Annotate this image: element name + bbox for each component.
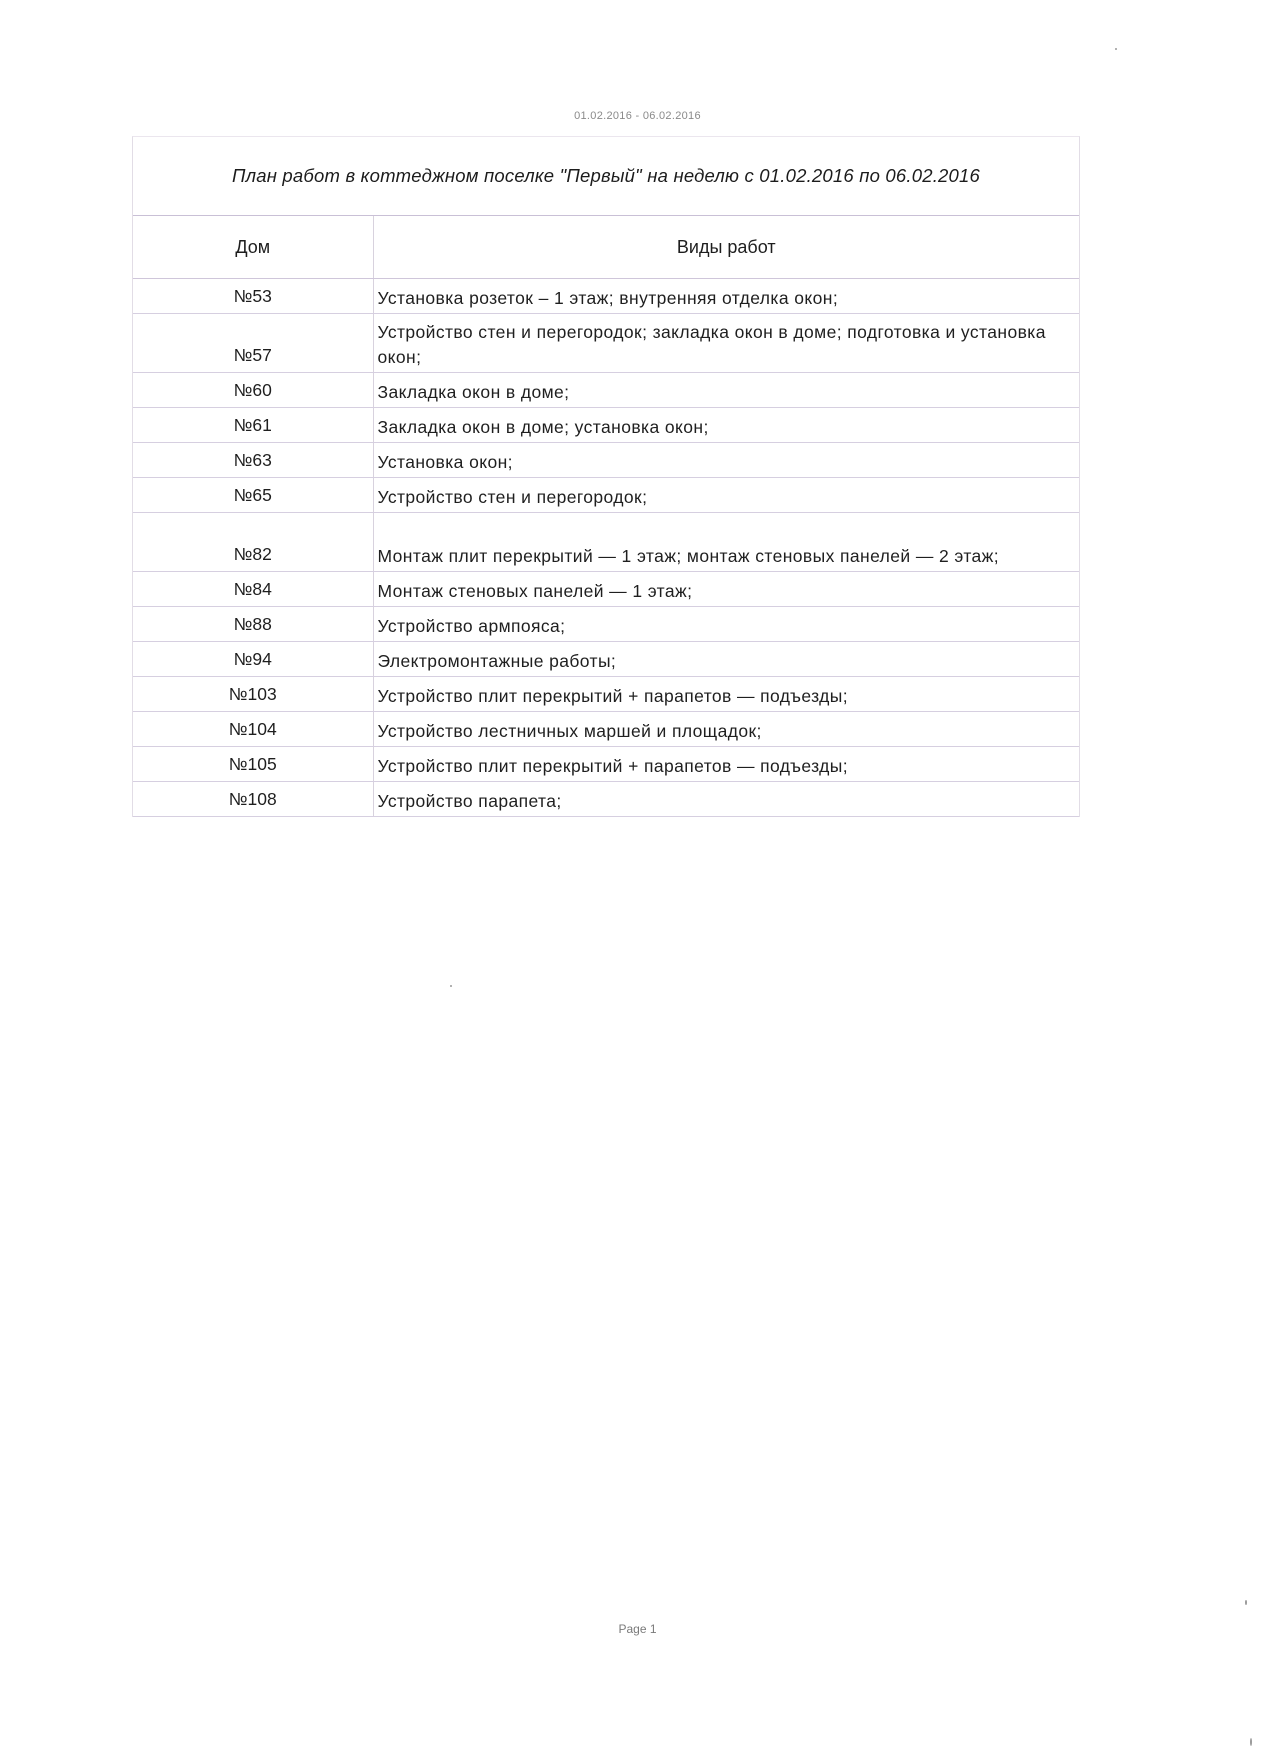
house-number-cell: №53 <box>133 279 373 314</box>
work-description-cell: Устройство лестничных маршей и площадок; <box>373 712 1079 747</box>
scan-speck <box>1250 1738 1252 1746</box>
work-plan-table-container: План работ в коттеджном поселке "Первый"… <box>132 136 1080 817</box>
work-description-cell: Устройство плит перекрытий + парапетов —… <box>373 677 1079 712</box>
work-description-cell: Установка окон; <box>373 443 1079 478</box>
document-title-row: План работ в коттеджном поселке "Первый"… <box>133 137 1079 216</box>
house-number-cell: №63 <box>133 443 373 478</box>
work-description-cell: Монтаж плит перекрытий — 1 этаж; монтаж … <box>373 513 1079 572</box>
table-row: №88Устройство армпояса; <box>133 607 1079 642</box>
work-description-cell: Устройство плит перекрытий + парапетов —… <box>373 747 1079 782</box>
work-description-cell: Закладка окон в доме; <box>373 373 1079 408</box>
page-header-date-range: 01.02.2016 - 06.02.2016 <box>0 110 1275 122</box>
house-number-cell: №57 <box>133 314 373 373</box>
column-header-work-types: Виды работ <box>373 216 1079 279</box>
work-description-cell: Устройство парапета; <box>373 782 1079 817</box>
house-number-cell: №88 <box>133 607 373 642</box>
scan-speck <box>1115 48 1117 50</box>
house-number-cell: №60 <box>133 373 373 408</box>
house-number-cell: №105 <box>133 747 373 782</box>
scan-speck <box>1245 1600 1247 1605</box>
page-number: Page 1 <box>0 1622 1275 1636</box>
work-description-cell: Устройство стен и перегородок; закладка … <box>373 314 1079 373</box>
table-row: №108Устройство парапета; <box>133 782 1079 817</box>
table-row: №63Установка окон; <box>133 443 1079 478</box>
table-row: №104Устройство лестничных маршей и площа… <box>133 712 1079 747</box>
work-description-cell: Электромонтажные работы; <box>373 642 1079 677</box>
house-number-cell: №94 <box>133 642 373 677</box>
work-description-cell: Устройство стен и перегородок; <box>373 478 1079 513</box>
work-plan-table: Дом Виды работ №53Установка розеток – 1 … <box>133 216 1079 817</box>
table-row: №61Закладка окон в доме; установка окон; <box>133 408 1079 443</box>
house-number-cell: №82 <box>133 513 373 572</box>
work-description-cell: Монтаж стеновых панелей — 1 этаж; <box>373 572 1079 607</box>
table-row: №60Закладка окон в доме; <box>133 373 1079 408</box>
house-number-cell: №84 <box>133 572 373 607</box>
work-description-cell: Установка розеток – 1 этаж; внутренняя о… <box>373 279 1079 314</box>
house-number-cell: №103 <box>133 677 373 712</box>
table-row: №57Устройство стен и перегородок; заклад… <box>133 314 1079 373</box>
column-header-house: Дом <box>133 216 373 279</box>
house-number-cell: №108 <box>133 782 373 817</box>
house-number-cell: №65 <box>133 478 373 513</box>
table-row: №65Устройство стен и перегородок; <box>133 478 1079 513</box>
scan-speck <box>450 985 452 987</box>
table-row: №82Монтаж плит перекрытий — 1 этаж; монт… <box>133 513 1079 572</box>
table-header-row: Дом Виды работ <box>133 216 1079 279</box>
document-title: План работ в коттеджном поселке "Первый"… <box>232 165 980 187</box>
work-description-cell: Устройство армпояса; <box>373 607 1079 642</box>
table-row: №84Монтаж стеновых панелей — 1 этаж; <box>133 572 1079 607</box>
table-row: №103Устройство плит перекрытий + парапет… <box>133 677 1079 712</box>
table-row: №94Электромонтажные работы; <box>133 642 1079 677</box>
house-number-cell: №61 <box>133 408 373 443</box>
table-row: №105Устройство плит перекрытий + парапет… <box>133 747 1079 782</box>
table-row: №53Установка розеток – 1 этаж; внутрення… <box>133 279 1079 314</box>
work-description-cell: Закладка окон в доме; установка окон; <box>373 408 1079 443</box>
house-number-cell: №104 <box>133 712 373 747</box>
